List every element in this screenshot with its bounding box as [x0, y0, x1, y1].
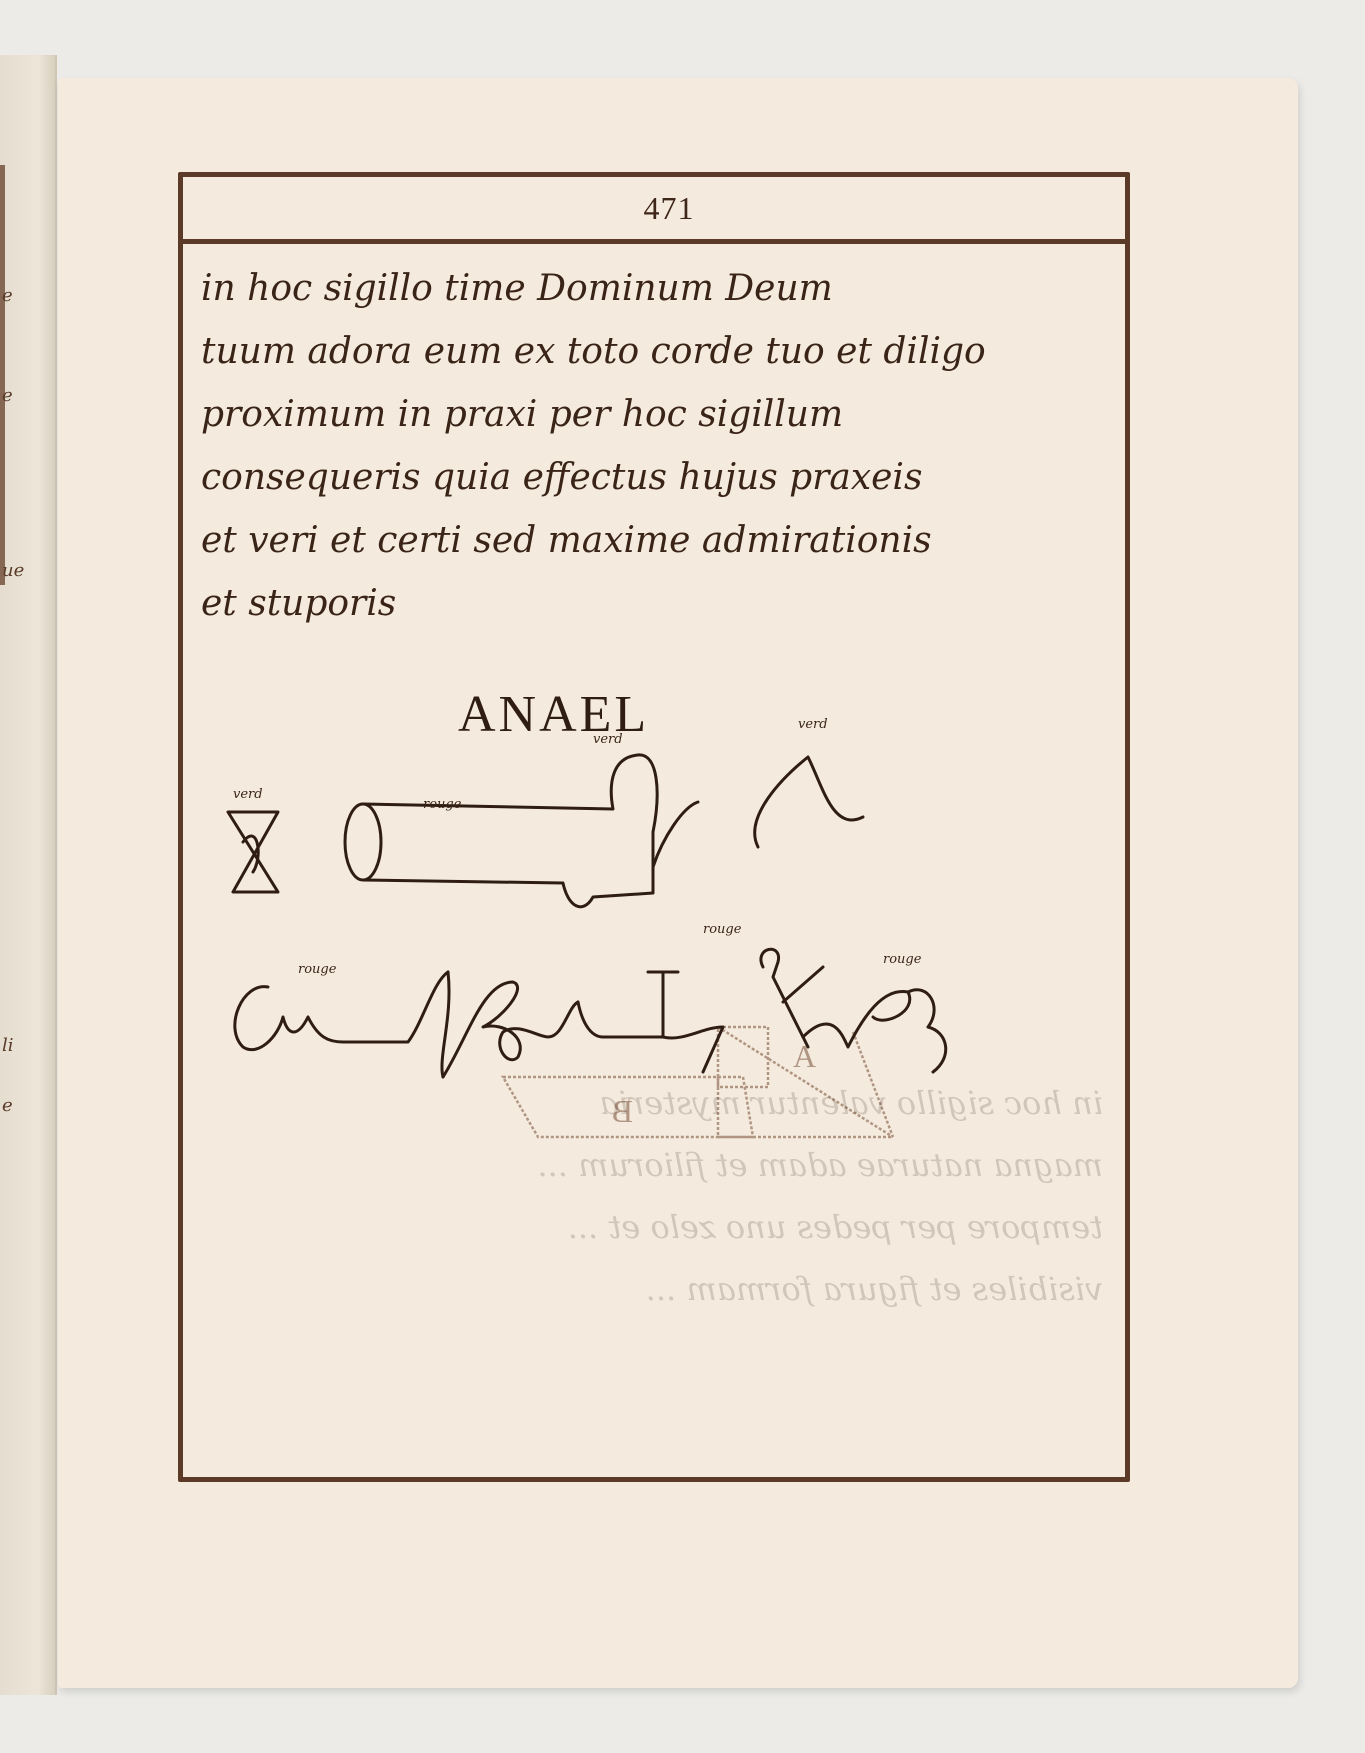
text-line: et veri et certi sed maxime admirationis: [201, 509, 1141, 572]
facing-page-fragment: li: [2, 1035, 14, 1056]
color-note-rouge: rouge: [298, 962, 336, 977]
facing-page-fragment: e: [2, 1095, 13, 1116]
color-note-rouge: rouge: [423, 797, 461, 812]
color-note-verd: verd: [233, 787, 263, 802]
facing-page-edge: e e ue li e: [0, 55, 57, 1695]
text-line: tuum adora eum ex toto corde tuo et dili…: [201, 320, 1141, 383]
latin-text-block: in hoc sigillo time Dominum Deum tuum ad…: [201, 257, 1141, 635]
bleed-line: tempore per pedes uno zelo et ...: [273, 1196, 1103, 1258]
facing-page-fragment: e: [2, 385, 13, 406]
text-line: in hoc sigillo time Dominum Deum: [201, 257, 1141, 320]
header-band: 471: [183, 177, 1125, 244]
sigil-glyphs-icon: [183, 737, 1125, 1177]
color-note-rouge: rouge: [883, 952, 921, 967]
bleed-line: visibiles et figura formam ...: [273, 1258, 1103, 1320]
facing-page-fragment: e: [2, 285, 13, 306]
sigil-drawing: verd rouge verd verd rouge rouge rouge: [183, 737, 1125, 1177]
facing-page-frame-rule: [0, 165, 5, 585]
ink-frame: 471 A B in hoc sigillo valentur mysteria…: [178, 172, 1130, 1482]
color-note-verd: verd: [593, 732, 623, 747]
text-line: consequeris quia effectus hujus praxeis: [201, 446, 1141, 509]
manuscript-page: 471 A B in hoc sigillo valentur mysteria…: [58, 78, 1298, 1688]
color-note-rouge: rouge: [703, 922, 741, 937]
facing-page-fragment: ue: [2, 560, 24, 581]
text-line: et stuporis: [201, 572, 1141, 635]
folio-number: 471: [644, 190, 695, 227]
color-note-verd: verd: [798, 717, 828, 732]
text-line: proximum in praxi per hoc sigillum: [201, 383, 1141, 446]
